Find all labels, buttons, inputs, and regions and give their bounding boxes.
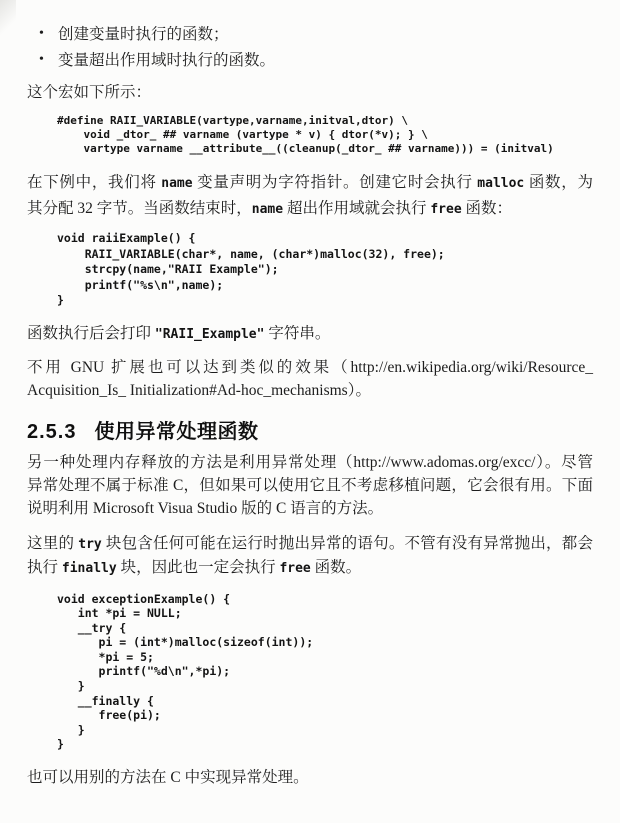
text-segment: 另一种处理内存释放的方法是利用异常处理（http://www.adomas.or… xyxy=(27,454,593,471)
inline-code: name xyxy=(252,202,283,217)
text-segment: 函数，为 xyxy=(524,174,593,191)
inline-code: malloc xyxy=(477,176,524,191)
paragraph-exception-intro: 另一种处理内存释放的方法是利用异常处理（http://www.adomas.or… xyxy=(27,451,593,520)
text-line: 异常处理不属于标准 C，但如果可以使用它且不考虑移植问题，它会很有用。下面 xyxy=(27,474,593,497)
text-segment: 执行 xyxy=(27,559,62,576)
bullet-text: 变量超出作用域时执行的函数。 xyxy=(58,52,275,69)
inline-code: name xyxy=(161,176,192,191)
list-item: • 变量超出作用域时执行的函数。 xyxy=(27,48,593,74)
code-block-raii-macro: #define RAII_VARIABLE(vartype,varname,in… xyxy=(27,114,593,156)
text-segment: 字符串。 xyxy=(264,325,330,342)
text-segment: 说明利用 Microsoft Visua Studio 版的 C 语言的方法。 xyxy=(27,500,383,517)
text-line: 函数执行后会打印 "RAII_Example" 字符串。 xyxy=(27,322,593,347)
inline-code: "RAII_Example" xyxy=(155,327,265,342)
inline-code: free xyxy=(430,202,461,217)
bullet-text: 创建变量时执行的函数； xyxy=(58,26,229,43)
paragraph-gnu-alternative: 不用 GNU 扩展也可以达到类似的效果（http://en.wikipedia.… xyxy=(27,356,593,402)
text-line: 另一种处理内存释放的方法是利用异常处理（http://www.adomas.or… xyxy=(27,451,593,474)
text-segment: 不用 GNU 扩展也可以达到类似的效果（http://en.wikipedia.… xyxy=(27,359,593,376)
text-line: 在下例中，我们将 name 变量声明为字符指针。创建它时会执行 malloc 函… xyxy=(27,170,593,196)
section-number: 2.5.3 xyxy=(27,421,76,443)
paragraph-closing: 也可以用别的方法在 C 中实现异常处理。 xyxy=(27,766,593,790)
text-segment: 块包含任何可能在运行时抛出异常的语句。不管有没有异常抛出，都会 xyxy=(102,535,593,552)
bullet-icon: • xyxy=(39,21,44,47)
text-segment: 函数。 xyxy=(311,559,361,576)
text-segment: 超出作用域就会执行 xyxy=(283,200,430,217)
text-line: 说明利用 Microsoft Visua Studio 版的 C 语言的方法。 xyxy=(27,497,593,520)
scan-edge-artifact xyxy=(0,0,16,36)
inline-code: free xyxy=(279,561,310,576)
text-line: 不用 GNU 扩展也可以达到类似的效果（http://en.wikipedia.… xyxy=(27,356,593,379)
paragraph-name-example: 在下例中，我们将 name 变量声明为字符指针。创建它时会执行 malloc 函… xyxy=(27,170,593,222)
intro-paragraph: 这个宏如下所示： xyxy=(27,81,593,105)
text-segment: 在下例中，我们将 xyxy=(27,174,161,191)
list-item: • 创建变量时执行的函数； xyxy=(27,22,593,48)
text-segment: 函数执行后会打印 xyxy=(27,325,155,342)
text-segment: 异常处理不属于标准 C，但如果可以使用它且不考虑移植问题，它会很有用。下面 xyxy=(27,477,593,494)
text-line: 这里的 try 块包含任何可能在运行时抛出异常的语句。不管有没有异常抛出，都会 xyxy=(27,532,593,556)
code-block-exception-example: void exceptionExample() { int *pi = NULL… xyxy=(27,592,593,753)
inline-code: finally xyxy=(62,561,117,576)
bullet-icon: • xyxy=(39,47,44,73)
text-segment: 变量声明为字符指针。创建它时会执行 xyxy=(193,174,478,191)
paragraph-print-result: 函数执行后会打印 "RAII_Example" 字符串。 xyxy=(27,322,593,347)
text-segment: 这里的 xyxy=(27,535,78,552)
book-page: • 创建变量时执行的函数； • 变量超出作用域时执行的函数。 这个宏如下所示： … xyxy=(0,0,620,823)
section-title: 使用异常处理函数 xyxy=(94,421,258,443)
bullet-list: • 创建变量时执行的函数； • 变量超出作用域时执行的函数。 xyxy=(27,22,593,74)
inline-code: try xyxy=(78,537,101,552)
text-segment: 其分配 32 字节。当函数结束时， xyxy=(27,200,252,217)
text-line: Acquisition_Is_ Initialization#Ad-hoc_me… xyxy=(27,379,593,402)
text-segment: 块，因此也一定会执行 xyxy=(117,559,280,576)
url-text: Acquisition_Is_ Initialization#Ad-hoc_me… xyxy=(27,382,371,399)
text-line: 其分配 32 字节。当函数结束时，name 超出作用域就会执行 free 函数： xyxy=(27,196,593,222)
text-line: 执行 finally 块，因此也一定会执行 free 函数。 xyxy=(27,556,593,580)
text-segment: 函数： xyxy=(462,200,512,217)
code-block-raii-example: void raiiExample() { RAII_VARIABLE(char*… xyxy=(27,231,593,309)
paragraph-try-finally: 这里的 try 块包含任何可能在运行时抛出异常的语句。不管有没有异常抛出，都会 … xyxy=(27,532,593,580)
section-heading: 2.5.3使用异常处理函数 xyxy=(27,418,593,446)
